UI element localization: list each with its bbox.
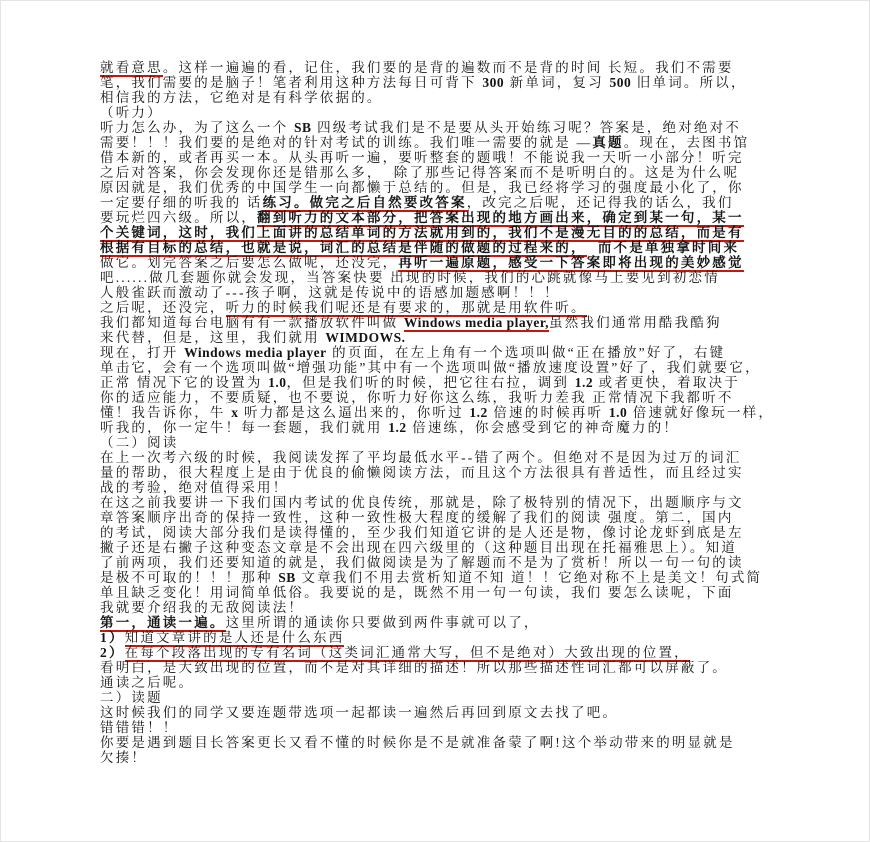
text-segment: 这里所谓的通读你只要做到两件事就可以了， (226, 615, 540, 630)
text-segment: 单击它，会有一个选项叫做“增强功能”其中有一个选项叫做“播放速度设置”好了，我们… (100, 360, 761, 375)
text-segment: 看明白，是大致出现的位置，而不是对其详细的描述！所以那些描述性词汇都可以屏蔽了。 (100, 660, 728, 675)
text-line-24: 懂！我告诉你，牛 x 听力都是这么逼出来的，你听过 1.2 倍速的时候再听 1.… (100, 405, 800, 420)
text-segment: 或者更快，着取决于 (593, 375, 740, 390)
text-segment: 笔，我们需要的是脑子！笔者利用这种方法每日可背下 (100, 75, 482, 90)
text-line-6: 需要！！！我们要的是绝对的针对考试的训练。我们唯一需要的就是 —真题。现在，去图… (100, 135, 800, 150)
text-segment: 借本新的，或者再买一本。从头再听一遍，要听整套的题哦！不能说我一天听一小部分！听… (100, 150, 744, 165)
text-line-33: 撇子还是右撇子这种变态文章是不会出现在四六级里的（这种题目出现在托福雅思上）。知… (100, 540, 800, 555)
text-line-9: 原因就是，我们优秀的中国学生一向都懒于总结的。但是，我已经将学习的强度最小化了，… (100, 180, 800, 195)
text-segment: 新单词，复习 (504, 75, 609, 90)
text-segment: Windows media player (184, 345, 327, 360)
text-segment: 1.2 (388, 420, 406, 435)
text-line-2: 笔，我们需要的是脑子！笔者利用这种方法每日可背下 300 新单词，复习 500 … (100, 75, 800, 90)
text-segment: 的页面，在左上角有一个选项叫做“正在播放”好了，右键 (327, 345, 726, 360)
text-segment: 需要！！！我们要的是绝对的针对考试的训练。我们唯一需要的就是 — (100, 135, 592, 150)
text-line-32: 的考试，阅读大部分我们是读得懂的，至少我们知道它讲的是人还是物，像讨论龙虾到底是… (100, 525, 800, 540)
text-segment: 错错错！！ (100, 720, 179, 735)
text-segment: 战的考验，绝对值得采用！ (100, 480, 288, 495)
text-line-19: 来代替，但是，这里，我们就用 WIMDOWS. (100, 330, 800, 345)
text-segment: 听我的，你一定牛！每一套题，我们就用 (100, 420, 388, 435)
text-segment: 1.0 (609, 405, 627, 420)
text-segment: 懂！我告诉你，牛 (100, 405, 231, 420)
text-segment: ，但是我们听的时候，把它往右拉，调到 (287, 375, 575, 390)
text-line-30: 在这之前我要讲一下我们国内考试的优良传统，那就是，除了极特别的情况下，出题顺序与… (100, 495, 800, 510)
text-line-20: 现在，打开 Windows media player 的页面，在左上角有一个选项… (100, 345, 800, 360)
text-segment: 1.2 (575, 375, 593, 390)
text-line-27: 在上一次考六级的时候，我阅读发挥了平均最低水平--错了两个。但绝对不是因为过万的… (100, 450, 800, 465)
text-line-38: 第一，通读一遍。这里所谓的通读你只要做到两件事就可以了， (100, 615, 800, 630)
text-line-37: 我就要介绍我的无敌阅读法！ (100, 600, 800, 615)
text-segment: 正常 情况下它的设置为 (100, 375, 268, 390)
red-underlined-segment: Windows media player, (404, 315, 549, 332)
text-segment: 听力都是这么逼出来的，你听过 (238, 405, 469, 420)
text-segment: 文章我们不用去赏析知道不知 道！！它绝对称不上是美文！句式简 (296, 570, 762, 585)
text-line-10: 一定要仔细的听我的 话练习。做完之后自然要改答案，改完之后呢，还记得我的话么，我… (100, 195, 800, 210)
text-segment: 做它。划完答案之后要怎么做呢，还没完， (100, 255, 398, 270)
text-segment: SB (294, 120, 312, 135)
text-segment: 旧单词。所以， (631, 75, 746, 90)
text-segment: 原因就是，我们优秀的中国学生一向都懒于总结的。但是，我已经将学习的强度最小化了，… (100, 180, 744, 195)
text-segment: 在上一次考六级的时候，我阅读发挥了平均最低水平--错了两个。但绝对不是因为过万的… (100, 450, 741, 465)
text-segment: 1） (100, 630, 125, 645)
text-segment: 一定要仔细的听我的 话 (100, 195, 263, 210)
text-line-31: 章答案顺序出奇的保持一致性，这种一致性极大程度的缓解了我们的阅读 强度。第二，国… (100, 510, 800, 525)
text-segment: 真题 (592, 135, 623, 150)
text-segment: 量的帮助，很大程度上是由于优良的偷懒阅读方法，而且这个方法很具有普适性，而且经过… (100, 465, 744, 480)
text-line-17: 之后呢，还没完，听力的时候我们呢还是有要求的，那就是用软件听。 (100, 300, 800, 315)
text-line-12: 个关键词，这时，我们上面讲的总结单词的方法就用到的，我们不是漫无目的的总结，而是… (100, 225, 800, 240)
text-line-13: 根据有目标的总结，也就是说，词汇的总结是伴随的做题的过程来的， 而不是单独拿时间… (100, 240, 800, 255)
text-segment: 这时候我们的同学又要连题带选项一起都读一遍然后再回到原文去找了吧。 (100, 705, 618, 720)
text-segment: 了前两项，我们还要知道的就是，我们做阅读是为了解题而不是为了赏析！所以一句一句的… (100, 555, 744, 570)
text-line-22: 正常 情况下它的设置为 1.0，但是我们听的时候，把它往右拉，调到 1.2 或者… (100, 375, 800, 390)
text-segment: 你的适应能力，不要质疑，也不要说，你听力好你这么练，我听力差我 正常情况下我都听… (100, 390, 734, 405)
text-line-35: 是极不可取的！！！那种 SB 文章我们不用去赏析知道不知 道！！它绝对称不上是美… (100, 570, 800, 585)
text-segment: 1.2 (469, 405, 487, 420)
text-line-47: 欠揍！ (100, 750, 800, 765)
text-segment: 人般雀跃而激动了---孩子啊，这就是传说中的语感加题感啊！！！ (100, 285, 560, 300)
text-segment: 欠揍！ (100, 750, 147, 765)
text-segment: 四级考试我们是不是要从头开始练习呢？答案是，绝对绝对不 (312, 120, 741, 135)
text-line-7: 借本新的，或者再买一本。从头再听一遍，要听整套的题哦！不能说我一天听一小部分！听… (100, 150, 800, 165)
text-line-41: 看明白，是大致出现的位置，而不是对其详细的描述！所以那些描述性词汇都可以屏蔽了。 (100, 660, 800, 675)
text-segment: 我就要介绍我的无敌阅读法！ (100, 600, 304, 615)
text-line-11: 要玩烂四六级。所以，翻到听力的文本部分，把答案出现的地方画出来，确定到某一句，某… (100, 210, 800, 225)
text-line-14: 做它。划完答案之后要怎么做呢，还没完，再听一遍原题，感受一下答案即将出现的美妙感… (100, 255, 800, 270)
text-segment: 虽然我们通常用酷我酷狗 (549, 315, 722, 330)
document-page: 就看意思。这样一遍遍的看，记住，我们要的是背的遍数而不是背的时间 长短。我们不需… (0, 0, 870, 842)
text-segment: 单且缺乏变化！用词简单低俗。我要说的是，既然不用一句一句读，我们 要怎么读呢，下… (100, 585, 734, 600)
text-segment: 是极不可取的！！！那种 (100, 570, 278, 585)
text-line-34: 了前两项，我们还要知道的就是，我们做阅读是为了解题而不是为了赏析！所以一句一句的… (100, 555, 800, 570)
text-line-1: 就看意思。这样一遍遍的看，记住，我们要的是背的遍数而不是背的时间 长短。我们不需… (100, 60, 800, 75)
text-segment: 吧......做几套题你就会发现，当答案快要 出现的时候，我们的心跳就像马上要见… (100, 270, 720, 285)
text-line-16: 人般雀跃而激动了---孩子啊，这就是传说中的语感加题感啊！！！ (100, 285, 800, 300)
text-line-44: 这时候我们的同学又要连题带选项一起都读一遍然后再回到原文去找了吧。 (100, 705, 800, 720)
text-segment: （听力） (100, 105, 163, 120)
text-line-28: 量的帮助，很大程度上是由于优良的偷懒阅读方法，而且这个方法很具有普适性，而且经过… (100, 465, 800, 480)
text-segment: 相信我的方法，它绝对是有科学依据的。 (100, 90, 383, 105)
text-line-18: 我们都知道每台电脑有有一款播放软件叫做 Windows media player… (100, 315, 800, 330)
text-segment: 章答案顺序出奇的保持一致性，这种一致性极大程度的缓解了我们的阅读 强度。第二，国… (100, 510, 734, 525)
text-segment: 而不是单独拿时间来 (587, 240, 739, 255)
text-line-15: 吧......做几套题你就会发现，当答案快要 出现的时候，我们的心跳就像马上要见… (100, 270, 800, 285)
text-segment: 在这之前我要讲一下我们国内考试的优良传统，那就是，除了极特别的情况下，出题顺序与… (100, 495, 744, 510)
text-segment: 之后呢，还没完， (100, 300, 226, 315)
text-line-42: 通读之后呢。 (100, 675, 800, 690)
text-line-46: 你要是遇到题目长答案更长又看不懂的时候你是不是就准备蒙了啊!这个举动带来的明显就… (100, 735, 800, 750)
text-line-29: 战的考验，绝对值得采用！ (100, 480, 800, 495)
text-line-8: 之后对答案，你会发现你还是错那么多， 除了那些记得答案而不是听明白的。这是为什么… (100, 165, 800, 180)
text-segment: 我们都知道每台电脑有有一款播放软件叫做 (100, 315, 404, 330)
text-line-23: 你的适应能力，不要质疑，也不要说，你听力好你这么练，我听力差我 正常情况下我都听… (100, 390, 800, 405)
text-segment: 500 (609, 75, 631, 90)
text-line-45: 错错错！！ (100, 720, 800, 735)
text-segment: 现在，打开 (100, 345, 184, 360)
text-segment: 撇子还是右撇子这种变态文章是不会出现在四六级里的（这种题目出现在托福雅思上）。知… (100, 540, 737, 555)
text-segment: 倍速练，你会感受到它的神奇魔力的！ (407, 420, 679, 435)
text-segment: 二）读题 (100, 690, 163, 705)
text-segment: ，改完之后呢，还记得我的话么，我们 (467, 195, 734, 210)
text-segment: （二）阅读 (100, 435, 179, 450)
text-segment: 2） (100, 645, 125, 660)
text-line-40: 2）在每个段落出现的专有名词（这类词汇通常大写，但不是绝对）大致出现的位置， (100, 645, 800, 660)
document-text-block: 就看意思。这样一遍遍的看，记住，我们要的是背的遍数而不是背的时间 长短。我们不需… (100, 60, 800, 765)
text-segment: 300 (482, 75, 504, 90)
text-segment: WIMDOWS. (325, 330, 405, 345)
text-segment: 。这样一遍遍的看，记住，我们要的是背的遍数而不是背的时间 长短。我们不需要 (163, 60, 734, 75)
text-segment: 来代替，但是，这里，我们就用 (100, 330, 325, 345)
text-line-5: 听力怎么办，为了这么一个 SB 四级考试我们是不是要从头开始练习呢？答案是，绝对… (100, 120, 800, 135)
text-segment: SB (278, 570, 296, 585)
text-line-4: （听力） (100, 105, 800, 120)
text-line-39: 1）知道文章讲的是人还是什么东西 (100, 630, 800, 645)
text-segment: 通读之后呢。 (100, 675, 194, 690)
text-segment: 要玩烂四六级。所以， (100, 210, 257, 225)
text-line-26: （二）阅读 (100, 435, 800, 450)
text-line-21: 单击它，会有一个选项叫做“增强功能”其中有一个选项叫做“播放速度设置”好了，我们… (100, 360, 800, 375)
text-segment: 听力怎么办，为了这么一个 (100, 120, 294, 135)
text-line-25: 听我的，你一定牛！每一套题，我们就用 1.2 倍速练，你会感受到它的神奇魔力的！ (100, 420, 800, 435)
text-segment: 。现在，去图书馆 (624, 135, 750, 150)
text-segment: 之后对答案，你会发现你还是错那么多， 除了那些记得答案而不是听明白的。这是为什么… (100, 165, 739, 180)
text-line-43: 二）读题 (100, 690, 800, 705)
text-segment: 的考试，阅读大部分我们是读得懂的，至少我们知道它讲的是人还是物，像讨论龙虾到底是… (100, 525, 744, 540)
text-segment: 1.0 (268, 375, 286, 390)
text-line-36: 单且缺乏变化！用词简单低俗。我要说的是，既然不用一句一句读，我们 要怎么读呢，下… (100, 585, 800, 600)
text-line-3: 相信我的方法，它绝对是有科学依据的。 (100, 90, 800, 105)
text-segment: 倍速的时候再听 (488, 405, 609, 420)
text-segment: 倍速就好像玩一样， (627, 405, 774, 420)
text-segment: 你要是遇到题目长答案更长又看不懂的时候你是不是就准备蒙了啊!这个举动带来的明显就… (100, 735, 735, 750)
